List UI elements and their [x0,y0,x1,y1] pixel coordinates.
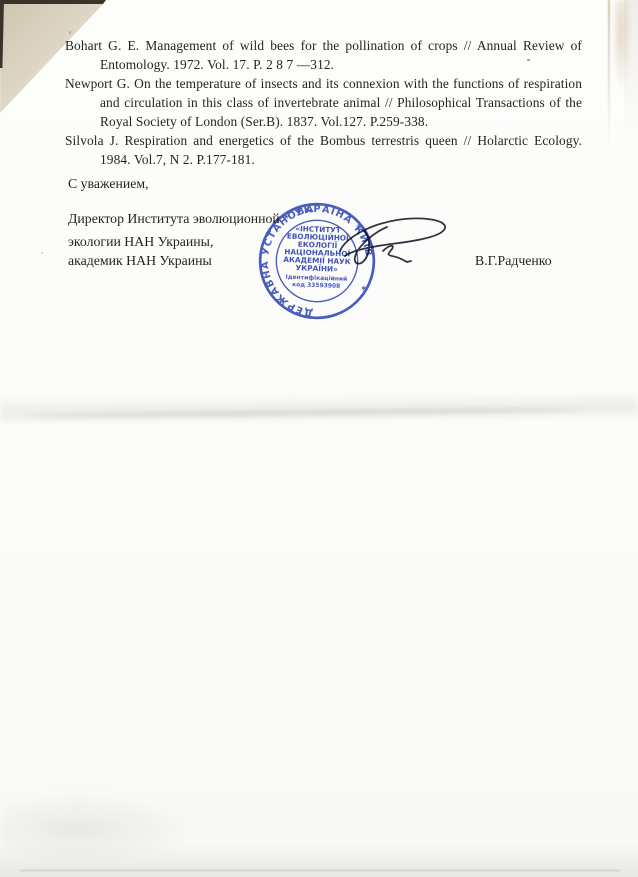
reference-item: Silvola J. Respiration and energetics of… [65,131,582,169]
signer-rank: академик НАН Украины [68,253,212,269]
scan-speck [41,252,43,254]
scan-speck [69,31,71,34]
references-list: Bohart G. E. Management of wild bees for… [65,36,582,169]
scan-bottom-edge-line [20,870,620,871]
closing-salutation: С уважением, [68,176,149,192]
scan-shade-right [624,0,638,140]
reference-item: Bohart G. E. Management of wild bees for… [65,36,582,74]
signer-name: В.Г.Радченко [475,253,552,269]
scan-shadow-bottom [0,843,638,877]
reference-item: Newport G. On the temperature of insects… [65,74,582,131]
signature-loop-stroke [340,218,445,256]
scan-edge-top [0,0,106,4]
signature-flourish-stroke [383,246,411,262]
page-edge-line [608,0,610,150]
handwritten-signature [295,183,475,283]
scanned-letter-page: Bohart G. E. Management of wild bees for… [0,0,638,877]
